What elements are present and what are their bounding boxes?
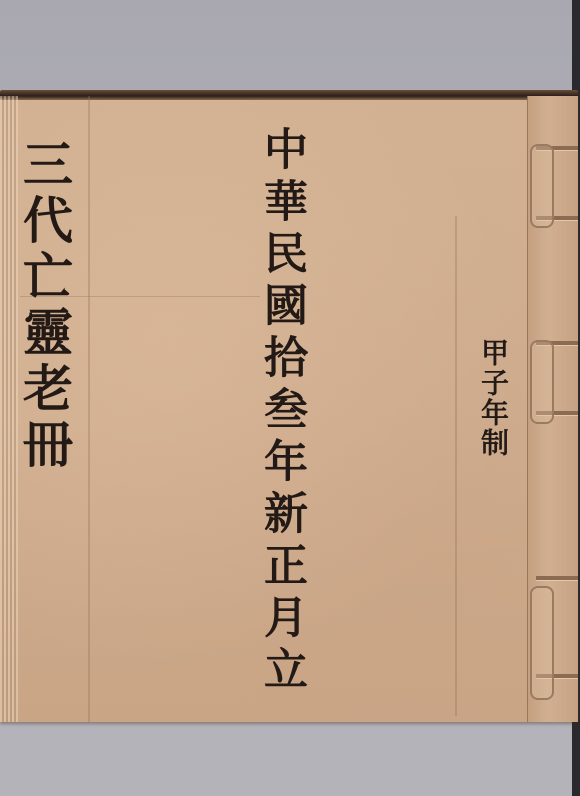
paper-crease	[455, 216, 457, 716]
book-top-edge	[0, 90, 578, 100]
binding-thread	[536, 576, 578, 580]
cover-title: 三代亡靈老冊	[14, 138, 74, 474]
binding-tab	[530, 586, 554, 700]
date-inscription: 中華民國拾叁年新正月立	[255, 126, 307, 698]
manuscript-cover: 三代亡靈老冊 中華民國拾叁年新正月立 甲子年制	[0, 96, 578, 722]
stitched-spine	[527, 96, 578, 722]
binding-tab	[530, 340, 554, 424]
paper-crease	[88, 96, 90, 722]
binding-tab	[530, 144, 554, 228]
maker-inscription: 甲子年制	[476, 338, 510, 458]
